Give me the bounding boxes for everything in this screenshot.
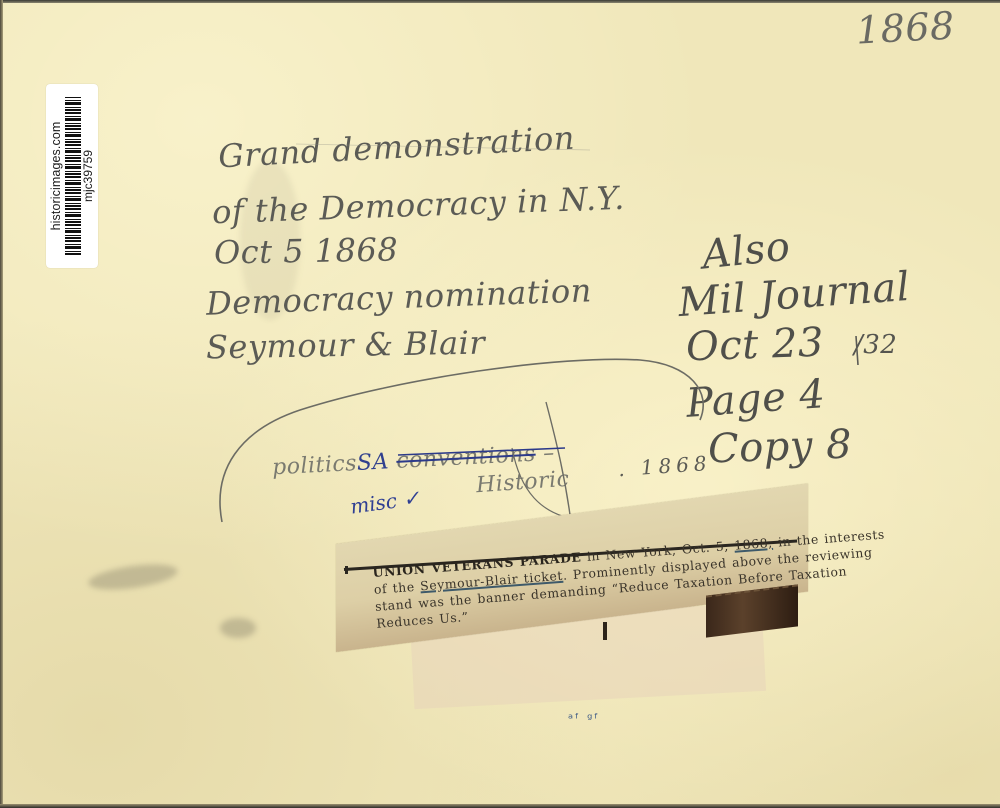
blue-stamp-mark: ᵃᶠ ᵍᶠ bbox=[568, 712, 600, 727]
clipping-photo-fragment bbox=[603, 622, 607, 640]
photo-reverse-page: historicimages.com mjc39759 1868 Grand d… bbox=[0, 0, 1000, 808]
clipping-rule bbox=[345, 566, 348, 574]
caption-underlined: 1868, bbox=[734, 535, 774, 553]
newspaper-clipping: UNION VETERANS PARADE in New York, Oct. … bbox=[0, 0, 1000, 808]
